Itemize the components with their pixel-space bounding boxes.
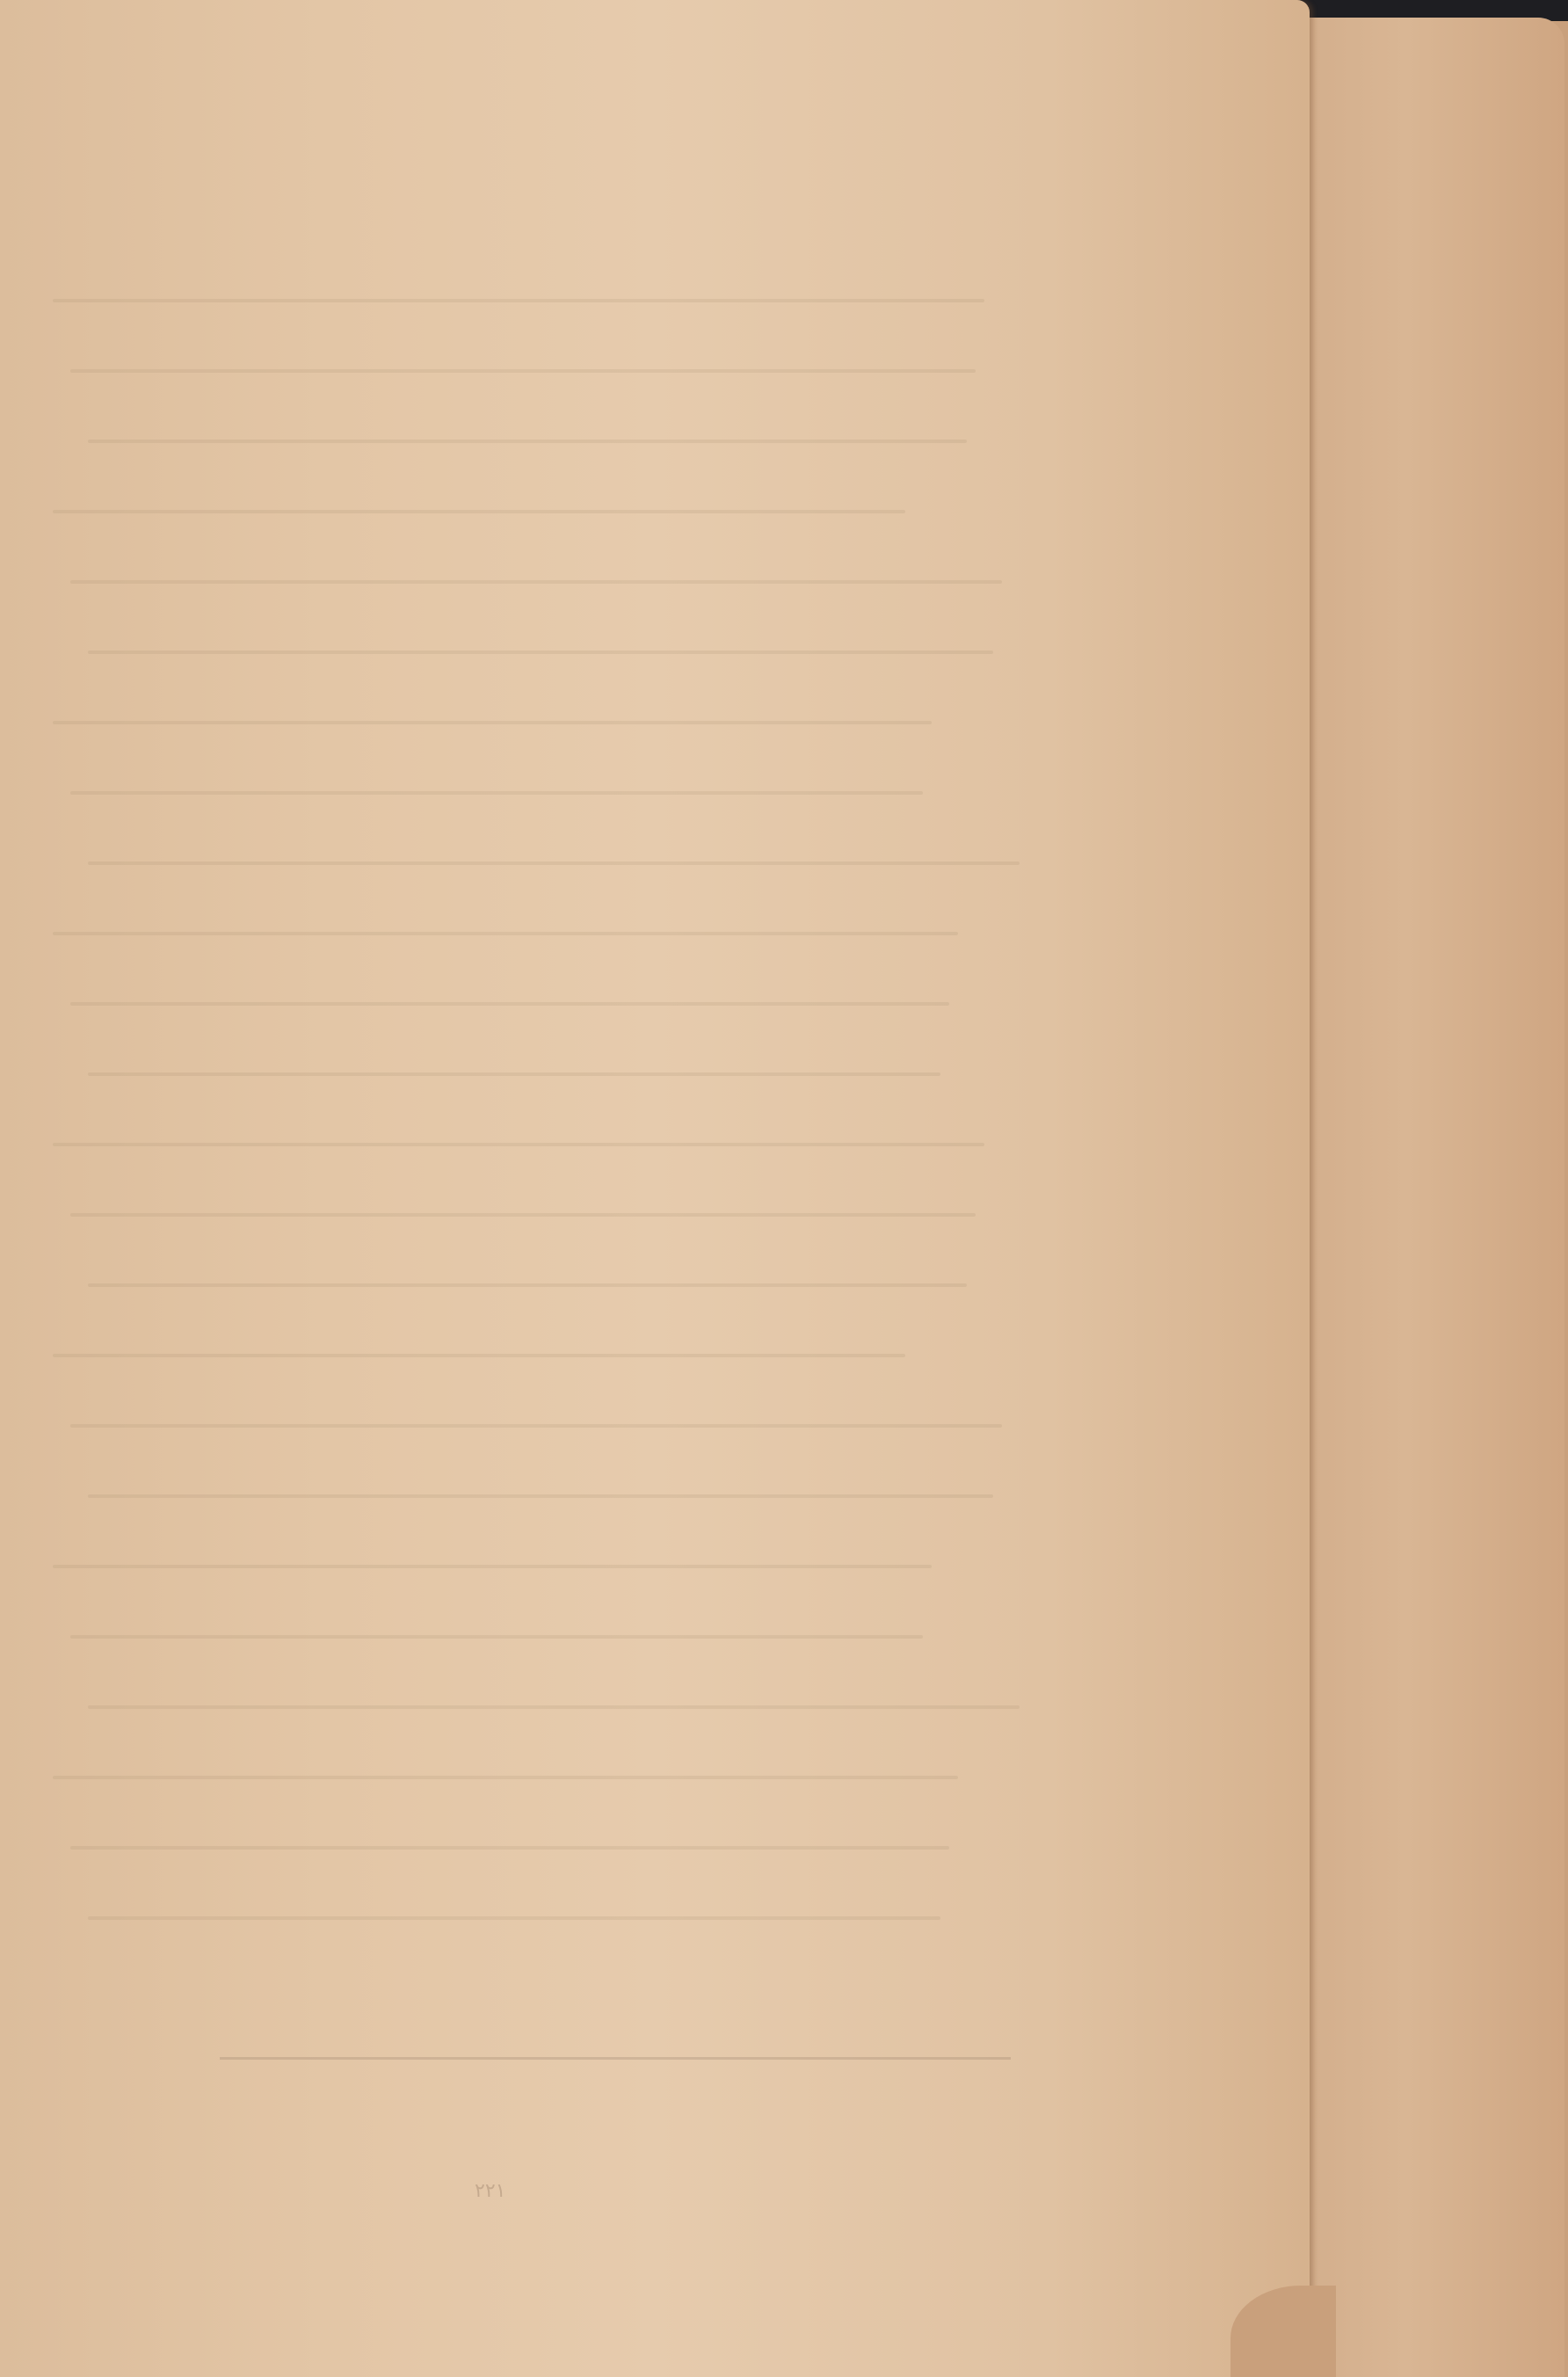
bleed-through-line — [70, 1635, 923, 1639]
bleed-through-line — [88, 440, 967, 443]
bleed-through-line — [88, 861, 1020, 865]
bleed-through-line — [53, 510, 905, 513]
bleed-through-line — [53, 1354, 905, 1357]
bleed-through-line — [70, 369, 976, 373]
bleed-through-line — [70, 1424, 1002, 1428]
bleed-through-line — [70, 580, 1002, 584]
bleed-through-line — [88, 1072, 940, 1076]
bleed-through-line — [53, 1565, 932, 1568]
bleed-through-line — [88, 651, 993, 654]
bleed-through-line — [88, 1283, 967, 1287]
bleed-through-line — [70, 791, 923, 795]
bleed-through-line — [70, 1846, 949, 1850]
adjacent-page — [1301, 18, 1564, 2377]
bleed-through-line — [70, 1002, 949, 1006]
bleed-through-line — [53, 1776, 958, 1779]
bleed-through-line — [88, 1705, 1020, 1709]
bleed-through-line — [88, 1916, 940, 1920]
bleed-through-page-number: ۲۲۱ — [475, 2180, 505, 2202]
bleed-through-line — [53, 932, 958, 935]
bleed-through-line — [53, 1143, 984, 1146]
bleed-through-line — [53, 299, 984, 302]
bleed-through-line — [88, 1494, 993, 1498]
scanned-page — [0, 0, 1310, 2377]
bleed-through-rule — [220, 2057, 1011, 2060]
bleed-through-line — [53, 721, 932, 724]
bleed-through-line — [70, 1213, 976, 1217]
